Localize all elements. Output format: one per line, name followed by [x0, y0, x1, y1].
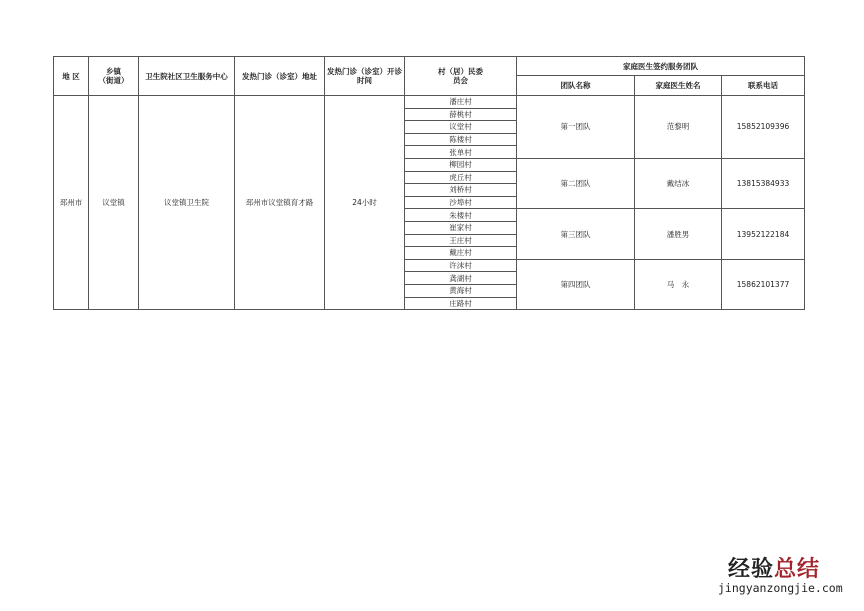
cell-phone: 15862101377	[722, 259, 805, 309]
cell-doctor-name: 戴结冰	[635, 158, 722, 208]
cell-phone: 13815384933	[722, 158, 805, 208]
header-township-text: 乡镇 （街道）	[99, 67, 129, 85]
cell-team-name: 第三团队	[517, 209, 635, 259]
cell-village: 薛桃村	[405, 108, 517, 121]
header-team-group: 家庭医生签约服务团队	[517, 57, 805, 76]
cell-village: 王庄村	[405, 234, 517, 247]
header-village-committee: 村（居）民委员会	[405, 57, 517, 96]
cell-village: 张单村	[405, 146, 517, 159]
header-phone: 联系电话	[722, 76, 805, 96]
cell-township: 议堂镇	[89, 96, 139, 310]
cell-village: 陈楼村	[405, 133, 517, 146]
cell-village: 龚湖村	[405, 272, 517, 285]
cell-team-name: 第一团队	[517, 96, 635, 159]
cell-doctor-name: 潘胜男	[635, 209, 722, 259]
cell-region: 邳州市	[54, 96, 89, 310]
table-body: 邳州市议堂镇议堂镇卫生院邳州市议堂镇育才路24小时潘庄村第一团队范黎明15852…	[54, 96, 805, 310]
cell-village: 潘庄村	[405, 96, 517, 109]
family-doctor-team-table: 地 区 乡镇 （街道） 卫生院社区卫生服务中心 发热门诊（诊室）地址 发热门诊（…	[53, 56, 805, 310]
watermark: 经验总结 jingyanzongjie.com	[728, 558, 864, 595]
cell-phone: 13952122184	[722, 209, 805, 259]
header-region: 地 区	[54, 57, 89, 96]
cell-fever-clinic-address: 邳州市议堂镇育才路	[235, 96, 325, 310]
cell-village: 朱楼村	[405, 209, 517, 222]
cell-fever-clinic-hours: 24小时	[325, 96, 405, 310]
watermark-domain: jingyanzongjie.com	[718, 582, 864, 595]
table-row: 邳州市议堂镇议堂镇卫生院邳州市议堂镇育才路24小时潘庄村第一团队范黎明15852…	[54, 96, 805, 109]
watermark-logo: 经验总结	[728, 558, 864, 582]
header-team-name: 团队名称	[517, 76, 635, 96]
cell-phone: 15852109396	[722, 96, 805, 159]
cell-village: 虎丘村	[405, 171, 517, 184]
header-health-center: 卫生院社区卫生服务中心	[139, 57, 235, 96]
cell-village: 黄海村	[405, 284, 517, 297]
cell-village: 许沫村	[405, 259, 517, 272]
cell-doctor-name: 马 永	[635, 259, 722, 309]
watermark-cn-2: 总结	[774, 557, 820, 582]
cell-village: 戴庄村	[405, 247, 517, 260]
cell-team-name: 第四团队	[517, 259, 635, 309]
cell-doctor-name: 范黎明	[635, 96, 722, 159]
header-township: 乡镇 （街道）	[89, 57, 139, 96]
cell-village: 议堂村	[405, 121, 517, 134]
cell-village: 沙埠村	[405, 196, 517, 209]
cell-village: 庄路村	[405, 297, 517, 310]
header-fever-clinic-hours: 发热门诊（诊室）开诊时间	[325, 57, 405, 96]
cell-village: 崔家村	[405, 221, 517, 234]
cell-village: 刘桥村	[405, 184, 517, 197]
header-doctor-name: 家庭医生姓名	[635, 76, 722, 96]
cell-village: 柳园村	[405, 158, 517, 171]
cell-health-center: 议堂镇卫生院	[139, 96, 235, 310]
header-fever-clinic-address: 发热门诊（诊室）地址	[235, 57, 325, 96]
watermark-cn-1: 经验	[728, 557, 774, 582]
cell-team-name: 第二团队	[517, 158, 635, 208]
